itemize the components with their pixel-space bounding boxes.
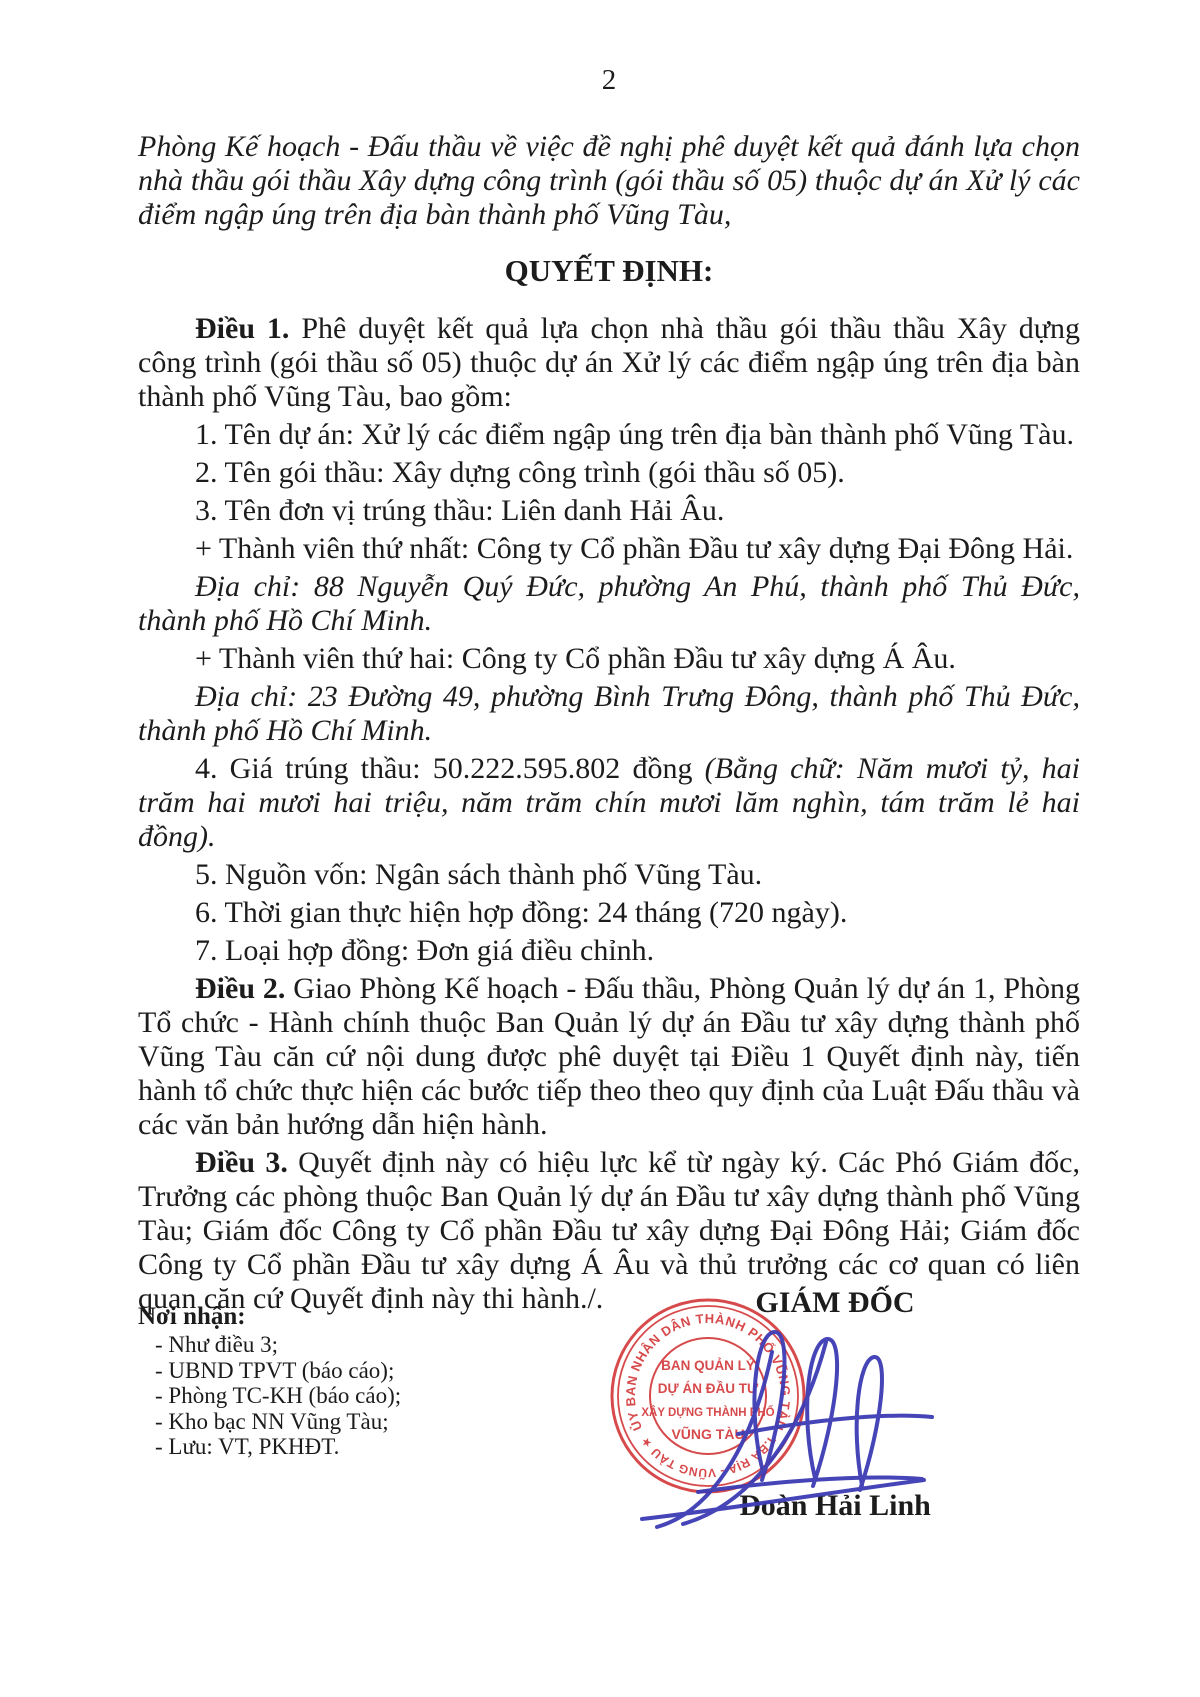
recipient-item: - Như điều 3; [138, 1332, 401, 1358]
item-contract-type: 7. Loại hợp đồng: Đơn giá điều chỉnh. [138, 934, 1080, 968]
article-3-label: Điều 3. [195, 1146, 288, 1179]
item-funding-source: 5. Nguồn vốn: Ngân sách thành phố Vũng T… [138, 858, 1080, 892]
signature-strokes [642, 1332, 932, 1527]
item-member-2: + Thành viên thứ hai: Công ty Cổ phần Đầ… [138, 642, 1080, 676]
item-contract-duration: 6. Thời gian thực hiện hợp đồng: 24 thán… [138, 896, 1080, 930]
item-member-1: + Thành viên thứ nhất: Công ty Cổ phần Đ… [138, 532, 1080, 566]
recipient-item: - Lưu: VT, PKHĐT. [138, 1434, 401, 1460]
article-3: Điều 3. Quyết định này có hiệu lực kể từ… [138, 1146, 1080, 1316]
item-winning-bidder: 3. Tên đơn vị trúng thầu: Liên danh Hải … [138, 494, 1080, 528]
item-member-1-address: Địa chỉ: 88 Nguyễn Quý Đức, phường An Ph… [138, 570, 1080, 638]
signature-underline [642, 1480, 924, 1519]
signature-ink [600, 1300, 960, 1530]
signature-loop-3 [857, 1357, 882, 1490]
item-winning-price: 4. Giá trúng thầu: 50.222.595.802 đồng (… [138, 752, 1080, 854]
article-1: Điều 1. Phê duyệt kết quả lựa chọn nhà t… [138, 312, 1080, 414]
item-package-name: 2. Tên gói thầu: Xây dựng công trình (gó… [138, 456, 1080, 490]
recipients-block: Nơi nhận: - Như điều 3; - UBND TPVT (báo… [138, 1301, 401, 1460]
recipients-title: Nơi nhận: [138, 1301, 401, 1332]
recipient-item: - UBND TPVT (báo cáo); [138, 1358, 401, 1384]
signature-flourish-1 [738, 1416, 932, 1434]
item-project-name: 1. Tên dự án: Xử lý các điểm ngập úng tr… [138, 418, 1080, 452]
article-2-label: Điều 2. [195, 972, 285, 1005]
recipient-item: - Phòng TC-KH (báo cáo); [138, 1383, 401, 1409]
price-number: 4. Giá trúng thầu: 50.222.595.802 đồng [195, 752, 705, 785]
recipient-item: - Kho bạc NN Vũng Tàu; [138, 1409, 401, 1435]
page-number: 2 [138, 62, 1080, 98]
document-page: 2 Phòng Kế hoạch - Đấu thầu về việc đề n… [0, 0, 1200, 1697]
item-member-2-address: Địa chỉ: 23 Đường 49, phường Bình Trưng … [138, 680, 1080, 748]
decision-heading: QUYẾT ĐỊNH: [138, 254, 1080, 288]
intro-paragraph: Phòng Kế hoạch - Đấu thầu về việc đề ngh… [138, 130, 1080, 232]
article-1-label: Điều 1. [195, 312, 289, 345]
article-2: Điều 2. Giao Phòng Kế hoạch - Đấu thầu, … [138, 972, 1080, 1142]
